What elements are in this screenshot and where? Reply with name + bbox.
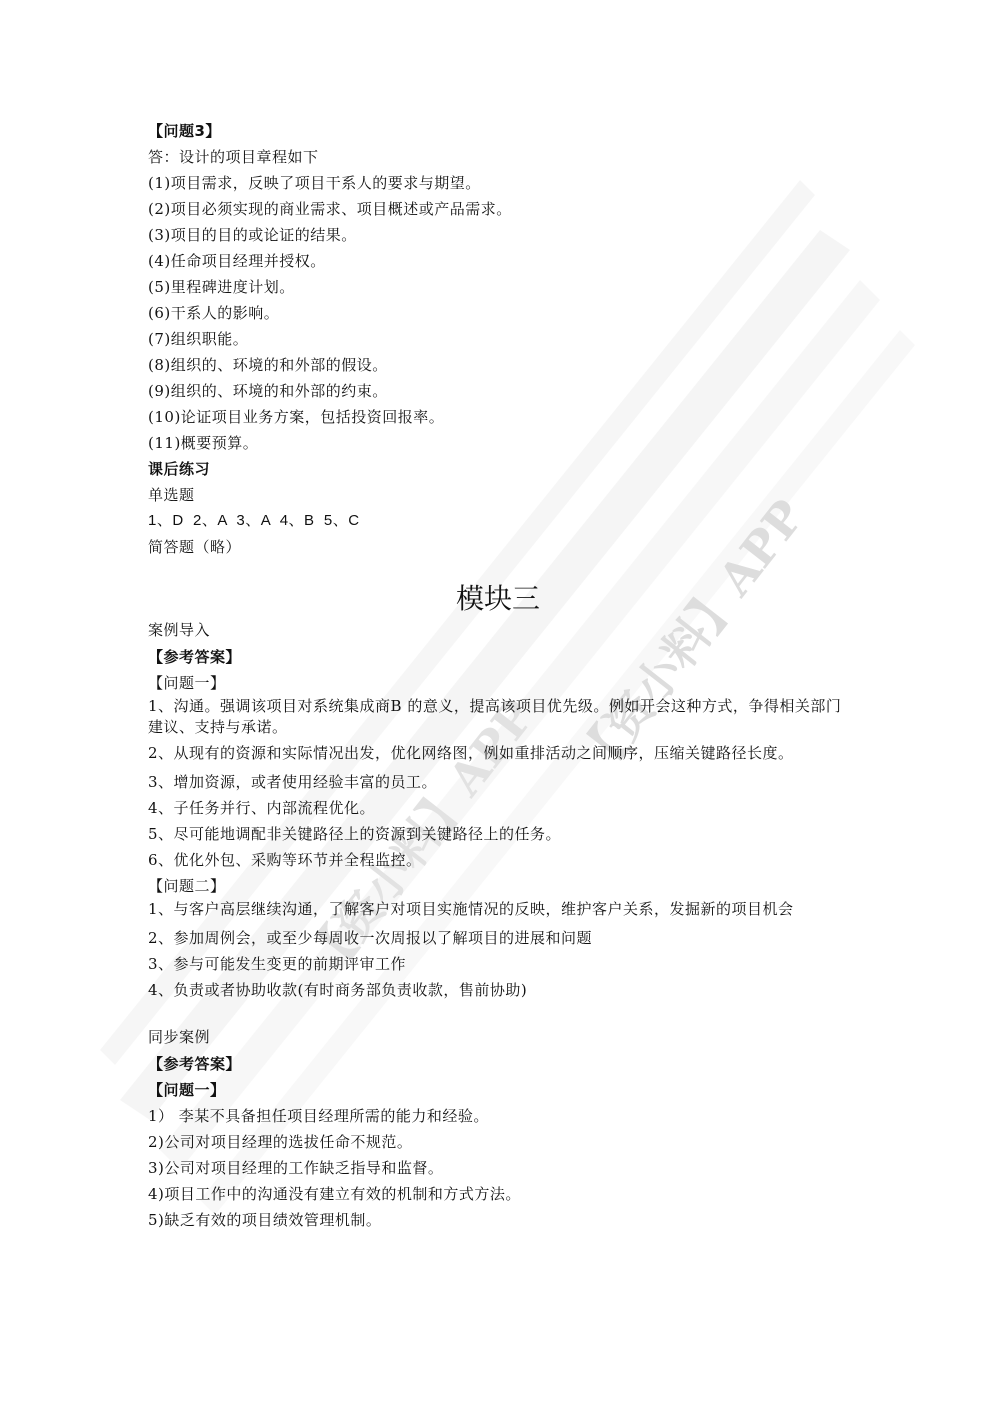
answer-item: 1、沟通。强调该项目对系统集成商B 的意义，提高该项目优先级。例如开会这种方式，… [148, 696, 848, 738]
answer-item: 2)公司对项目经理的选拔任命不规范。 [148, 1129, 848, 1155]
charter-item: (1)项目需求，反映了项目干系人的要求与期望。 [148, 170, 848, 196]
charter-item: (7)组织职能。 [148, 326, 848, 352]
question1-list: 1、沟通。强调该项目对系统集成商B 的意义，提高该项目优先级。例如开会这种方式，… [148, 696, 848, 873]
sync-case-label: 同步案例 [148, 1025, 848, 1051]
reference-answer-heading: 【参考答案】 [148, 644, 848, 670]
short-answer-note: 简答题（略） [148, 534, 848, 560]
charter-item: (8)组织的、环境的和外部的假设。 [148, 352, 848, 378]
question2-list: 1、与客户高层继续沟通，了解客户对项目实施情况的反映，维护客户关系，发掘新的项目… [148, 899, 848, 1003]
exercises-heading: 课后练习 [148, 456, 848, 482]
sync-question1-heading: 【问题一】 [148, 1077, 848, 1103]
sync-question1-list: 1） 李某不具备担任项目经理所需的能力和经验。 2)公司对项目经理的选拔任命不规… [148, 1103, 848, 1233]
answer-item: 6、优化外包、采购等环节并全程监控。 [148, 847, 848, 873]
answer-item: 4、负责或者协助收款(有时商务部负责收款，售前协助) [148, 977, 848, 1003]
charter-item: (2)项目必须实现的商业需求、项目概述或产品需求。 [148, 196, 848, 222]
case-intro-label: 案例导入 [148, 618, 848, 644]
charter-item: (10)论证项目业务方案，包括投资回报率。 [148, 404, 848, 430]
question1-heading: 【问题一】 [148, 670, 848, 696]
charter-list: (1)项目需求，反映了项目干系人的要求与期望。 (2)项目必须实现的商业需求、项… [148, 170, 848, 456]
answer-item: 1、与客户高层继续沟通，了解客户对项目实施情况的反映，维护客户关系，发掘新的项目… [148, 899, 848, 920]
answer-item: 4、子任务并行、内部流程优化。 [148, 795, 848, 821]
answer-item: 2、参加周例会，或至少每周收一次周报以了解项目的进展和问题 [148, 925, 848, 951]
answer-item: 3、增加资源，或者使用经验丰富的员工。 [148, 769, 848, 795]
answer-item: 3、参与可能发生变更的前期评审工作 [148, 951, 848, 977]
charter-item: (3)项目的目的或论证的结果。 [148, 222, 848, 248]
answer-item: 1） 李某不具备担任项目经理所需的能力和经验。 [148, 1103, 848, 1129]
charter-item: (6)干系人的影响。 [148, 300, 848, 326]
single-choice-label: 单选题 [148, 482, 848, 508]
sync-reference-heading: 【参考答案】 [148, 1051, 848, 1077]
answer-item: 3)公司对项目经理的工作缺乏指导和监督。 [148, 1155, 848, 1181]
charter-item: (4)任命项目经理并授权。 [148, 248, 848, 274]
answer-item: 5、尽可能地调配非关键路径上的资源到关键路径上的任务。 [148, 821, 848, 847]
question3-heading: 【问题3】 [148, 118, 848, 144]
charter-item: (5)里程碑进度计划。 [148, 274, 848, 300]
question3-intro: 答：设计的项目章程如下 [148, 144, 848, 170]
answer-item: 4)项目工作中的沟通没有建立有效的机制和方式方法。 [148, 1181, 848, 1207]
single-choice-answers: 1、D 2、A 3、A 4、B 5、C [148, 508, 848, 534]
document-page: 【问题3】 答：设计的项目章程如下 (1)项目需求，反映了项目干系人的要求与期望… [148, 118, 848, 1233]
module-title: 模块三 [148, 580, 848, 618]
answer-item: 5)缺乏有效的项目绩效管理机制。 [148, 1207, 848, 1233]
charter-item: (9)组织的、环境的和外部的约束。 [148, 378, 848, 404]
spacer [148, 1003, 848, 1025]
charter-item: (11)概要预算。 [148, 430, 848, 456]
question2-heading: 【问题二】 [148, 873, 848, 899]
answer-item: 2、从现有的资源和实际情况出发，优化网络图，例如重排活动之间顺序，压缩关键路径长… [148, 743, 848, 764]
